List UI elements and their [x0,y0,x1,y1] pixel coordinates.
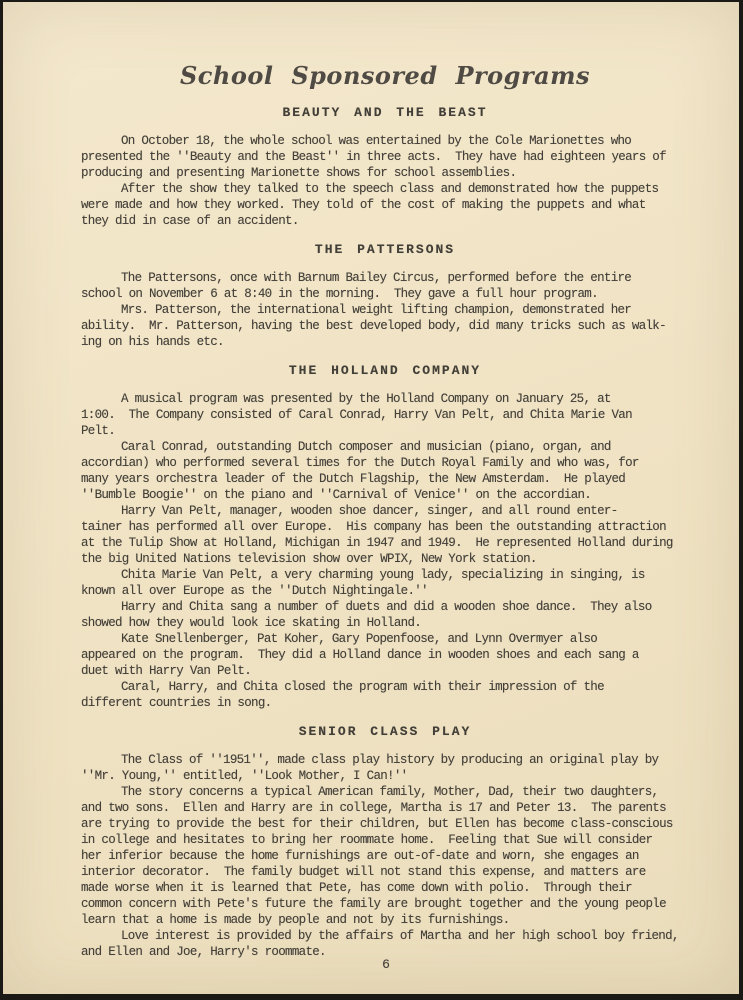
paragraph: The story concerns a typical American fa… [81,784,689,928]
page-title: School Sponsored Programs [81,60,689,92]
paragraph: Kate Snellenberger, Pat Koher, Gary Pope… [81,631,689,679]
section-the-pattersons: THE PATTERSONS The Pattersons, once with… [81,242,689,350]
section-heading-senior-class-play: SENIOR CLASS PLAY [81,724,689,740]
section-heading-the-holland-company: THE HOLLAND COMPANY [81,363,689,379]
paragraph: Chita Marie Van Pelt, a very charming yo… [81,567,689,599]
paragraph: Love interest is provided by the affairs… [81,928,689,960]
paragraph: After the show they talked to the speech… [81,181,689,229]
section-the-holland-company: THE HOLLAND COMPANY A musical program wa… [81,363,689,711]
paragraph: On October 18, the whole school was ente… [81,133,689,181]
paragraph: Caral, Harry, and Chita closed the progr… [81,679,689,711]
paragraph: Caral Conrad, outstanding Dutch composer… [81,439,689,503]
paragraph: Harry Van Pelt, manager, wooden shoe dan… [81,503,689,567]
paragraph: The Pattersons, once with Barnum Bailey … [81,270,689,302]
scanned-yearbook-page: School Sponsored Programs BEAUTY AND THE… [0,0,743,1000]
page-number: 6 [33,957,739,972]
paragraph: The Class of ''1951'', made class play h… [81,752,689,784]
section-heading-the-pattersons: THE PATTERSONS [81,242,689,258]
paragraph: Mrs. Patterson, the international weight… [81,302,689,350]
paragraph: Harry and Chita sang a number of duets a… [81,599,689,631]
paragraph: A musical program was presented by the H… [81,391,689,439]
section-senior-class-play: SENIOR CLASS PLAY The Class of ''1951'',… [81,724,689,960]
section-heading-beauty-and-the-beast: BEAUTY AND THE BEAST [81,105,689,121]
section-beauty-and-the-beast: BEAUTY AND THE BEAST On October 18, the … [81,105,689,229]
